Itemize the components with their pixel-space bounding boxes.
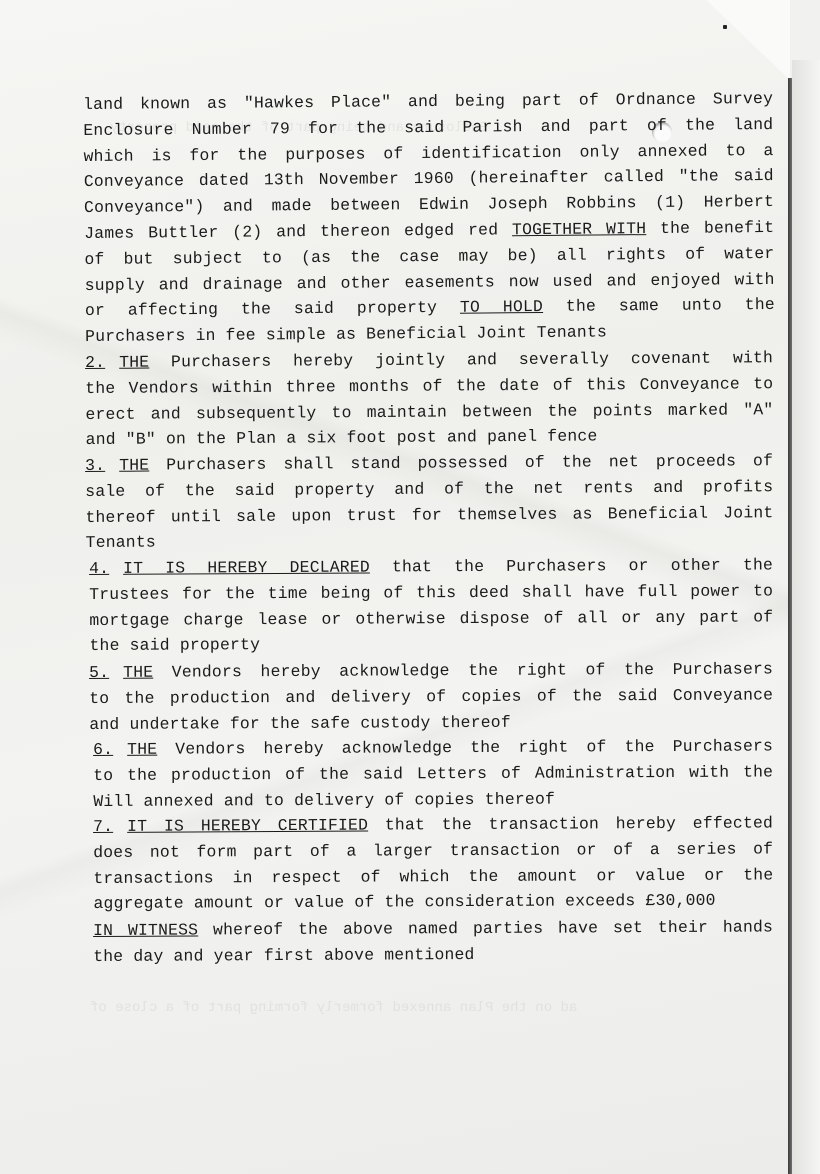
text-line: Will annexed and to delivery of copies t… — [93, 785, 773, 814]
text-line: 4.IT IS HEREBY DECLARED that the Purchas… — [89, 553, 773, 582]
text-line: to the production of the said Letters of… — [93, 759, 773, 788]
clause-lead: THE — [119, 353, 149, 372]
document-page: Enclosure and being part of the said pro… — [0, 0, 790, 1174]
text-line: does not form part of a larger transacti… — [93, 837, 773, 866]
in-witness-heading: IN WITNESS — [93, 920, 198, 940]
witness-clause: IN WITNESS whereof the above named parti… — [93, 914, 773, 969]
folded-corner — [670, 0, 790, 80]
text-line: 6.THE Vendors hereby acknowledge the rig… — [93, 733, 773, 762]
clause-number: 3. — [85, 456, 105, 475]
text-line: the said property — [89, 630, 773, 659]
clause-6: 6.THE Vendors hereby acknowledge the rig… — [93, 733, 773, 814]
together-with-heading: TOGETHER WITH — [512, 219, 646, 239]
opening-paragraph: land known as "Hawkes Place" and being p… — [83, 86, 775, 350]
text-line: transactions in respect of which the amo… — [93, 862, 773, 891]
to-hold-heading: TO HOLD — [460, 297, 543, 317]
clause-number: 7. — [93, 817, 113, 836]
clause-lead: THE — [119, 456, 149, 475]
text-line: 5.THE Vendors hereby acknowledge the rig… — [89, 656, 773, 685]
text-line: IN WITNESS whereof the above named parti… — [93, 914, 773, 943]
bleed-through-text: ad on the Plan annexed formerly forming … — [90, 1000, 577, 1016]
text-line: and undertake for the safe custody there… — [89, 708, 773, 737]
clause-number: 2. — [85, 353, 105, 372]
clause-4: 4.IT IS HEREBY DECLARED that the Purchas… — [89, 553, 774, 660]
deed-body: land known as "Hawkes Place" and being p… — [83, 92, 773, 969]
clause-5: 5.THE Vendors hereby acknowledge the rig… — [89, 656, 773, 737]
clause-number: 6. — [93, 740, 113, 759]
text-line: mortgage charge lease or otherwise dispo… — [89, 604, 773, 633]
clause-2: 2.THE Purchasers hereby jointly and seve… — [85, 345, 774, 453]
clause-lead: IT IS HEREBY DECLARED — [123, 558, 370, 578]
ink-speck — [723, 25, 727, 29]
text-line: to the production and delivery of copies… — [89, 682, 773, 711]
text-line: Tenants — [86, 526, 774, 557]
text-line: Trustees for the time being of this deed… — [89, 579, 773, 608]
clause-lead: THE — [123, 662, 153, 681]
clause-7: 7.IT IS HEREBY CERTIFIED that the transa… — [93, 811, 774, 918]
text-line: aggregate amount or value of the conside… — [93, 888, 773, 917]
clause-3: 3.THE Purchasers shall stand possessed o… — [85, 448, 774, 556]
clause-lead: THE — [127, 740, 157, 759]
text-line: 7.IT IS HEREBY CERTIFIED that the transa… — [93, 811, 773, 840]
clause-number: 4. — [89, 559, 109, 578]
clause-number: 5. — [89, 662, 109, 681]
clause-lead: IT IS HEREBY CERTIFIED — [127, 816, 368, 836]
text-line: the day and year first above mentioned — [93, 940, 773, 969]
underlying-page-strip — [792, 60, 820, 1174]
text-line: erect and subsequently to maintain betwe… — [85, 397, 773, 428]
